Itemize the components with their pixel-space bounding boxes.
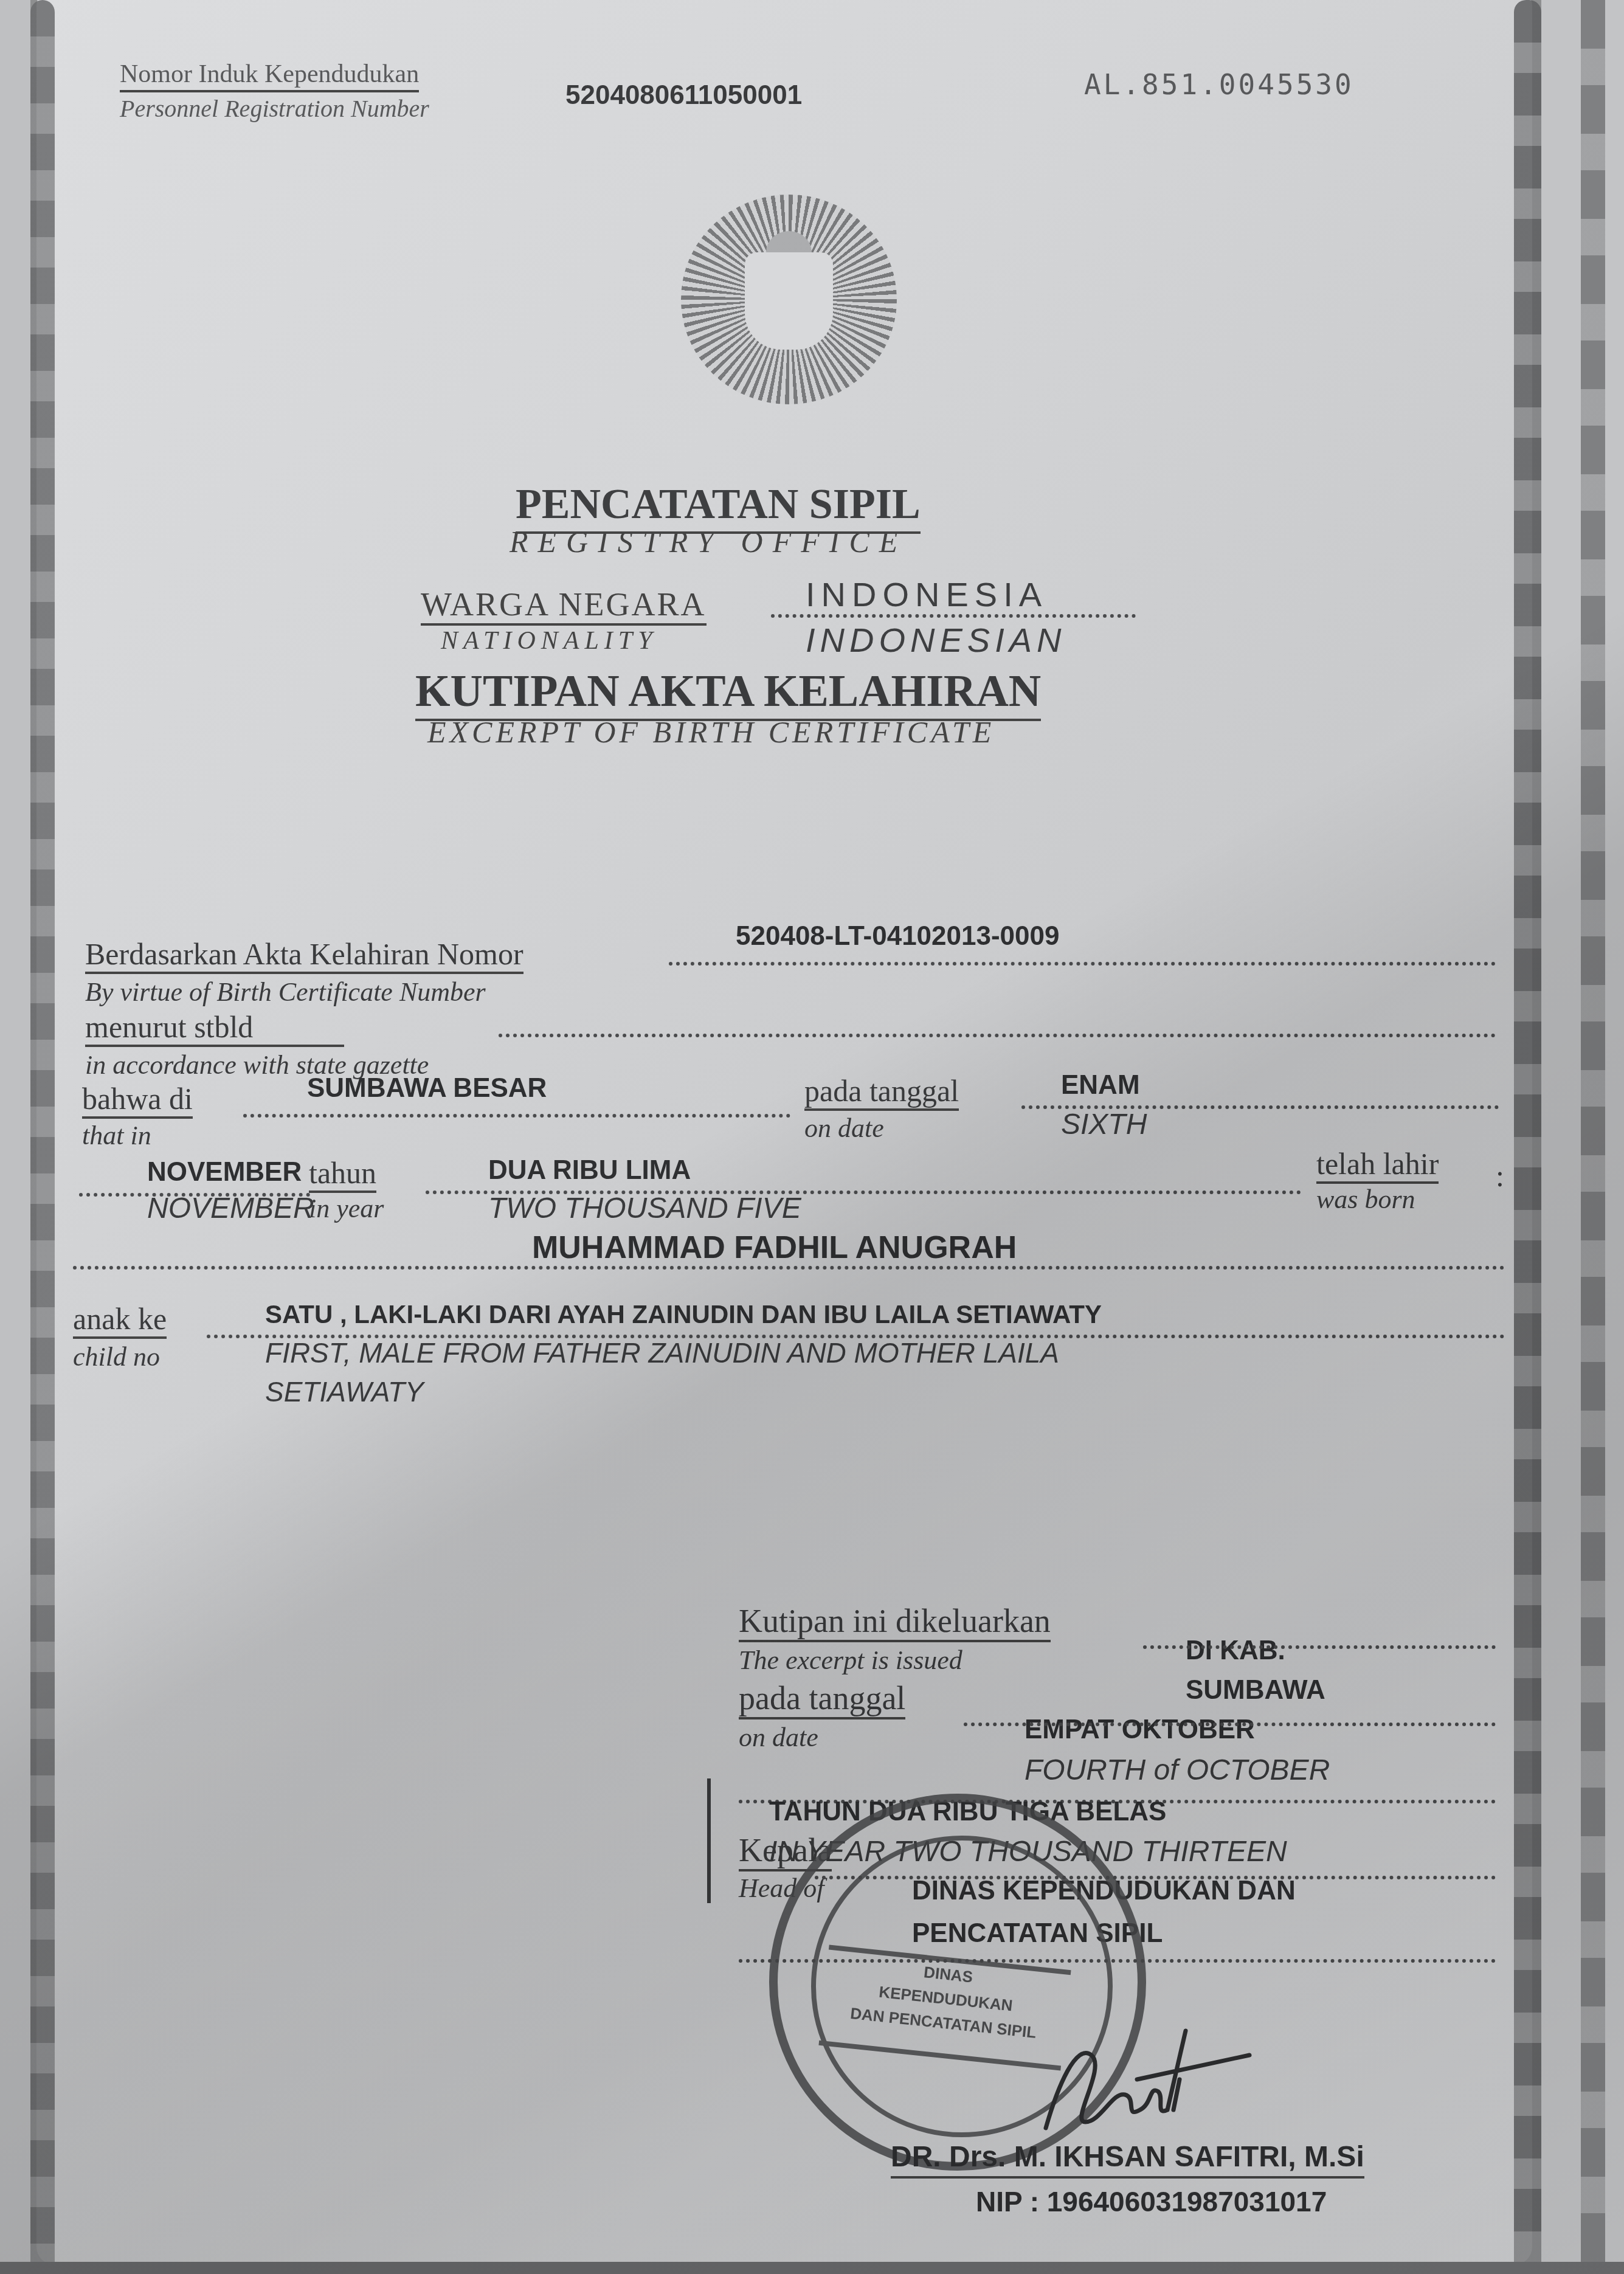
child-no-value-en-line2: SETIAWATY [265,1375,424,1408]
nationality-label-en: NATIONALITY [441,626,658,655]
signatory-nip: NIP : 196406031987031017 [976,2185,1327,2218]
child-no-label: anak ke [73,1301,167,1339]
place-label-en: that in [82,1120,151,1151]
born-label: telah lahir [1316,1146,1439,1184]
stbld-label: menurut stbld [85,1009,344,1047]
issued-label: Kutipan ini dikeluarkan [739,1602,1051,1642]
year-label-en: in year [309,1193,384,1224]
office-title-en: REGISTRY OFFICE [510,524,907,559]
born-label-en: was born [1316,1184,1415,1215]
birth-cert-label-en: By virtue of Birth Certificate Number [85,976,486,1007]
colon: : [1496,1158,1504,1194]
date-label-en: on date [804,1113,884,1144]
nik-value: 5204080611050001 [565,80,802,111]
signature-icon [1034,2019,1253,2140]
nationality-value-en: INDONESIAN [806,620,1066,660]
month-value-en: NOVEMBER [147,1192,314,1225]
nationality-value: INDONESIA [806,575,1048,614]
date-value-en: SIXTH [1061,1108,1147,1141]
ornamental-edge-right [1581,0,1605,2274]
nik-label: Nomor Induk Kependudukan [120,60,419,92]
issued-place-line1: DI KAB. [1186,1636,1285,1666]
month-value: NOVEMBER [147,1157,302,1187]
birth-cert-value: 520408-LT-04102013-0009 [736,921,1060,952]
child-name: MUHAMMAD FADHIL ANUGRAH [532,1229,1017,1266]
dotted-line [669,962,1496,966]
dotted-line [964,1723,1496,1726]
issued-date-label-en: on date [739,1722,818,1753]
serial-number: AL.851.0045530 [1084,68,1354,101]
year-value-en: TWO THOUSAND FIVE [488,1192,801,1225]
ornamental-border-left [30,0,55,2274]
issued-date-en: FOURTH of OCTOBER [1025,1754,1330,1787]
ornamental-border-right [1514,0,1541,2274]
nationality-label: WARGA NEGARA [421,586,707,626]
issued-place-line2: SUMBAWA [1186,1675,1325,1705]
year-label: tahun [309,1155,376,1193]
garuda-emblem-icon [681,195,897,404]
year-value: DUA RIBU LIMA [488,1155,691,1186]
bottom-edge [0,2262,1624,2274]
issued-date-label: pada tanggal [739,1679,905,1719]
birth-cert-label: Berdasarkan Akta Kelahiran Nomor [85,936,523,974]
dotted-line [1143,1645,1496,1649]
date-value: ENAM [1061,1070,1140,1101]
dotted-line [243,1114,790,1118]
document-title-en: EXCERPT OF BIRTH CERTIFICATE [427,714,995,750]
child-no-value-en-line1: FIRST, MALE FROM FATHER ZAINUDIN AND MOT… [265,1336,1059,1369]
pen-mark [707,1778,711,1903]
dotted-line [499,1034,1496,1037]
place-label: bahwa di [82,1081,193,1119]
emblem-shield [745,252,833,350]
signatory-name: DR. Drs. M. IKHSAN SAFITRI, M.Si [891,2140,1364,2179]
issued-date: EMPAT OKTOBER [1025,1715,1255,1745]
nik-label-en: Personnel Registration Number [120,94,429,123]
child-no-label-en: child no [73,1341,160,1372]
place-value: SUMBAWA BESAR [307,1073,547,1104]
document-title: KUTIPAN AKTA KELAHIRAN [415,666,1041,721]
dotted-line [771,614,1136,618]
date-label: pada tanggal [804,1073,959,1111]
dotted-line [73,1266,1505,1270]
background-left [0,0,30,2274]
issued-label-en: The excerpt is issued [739,1645,962,1676]
child-no-value: SATU , LAKI-LAKI DARI AYAH ZAINUDIN DAN … [265,1300,1102,1329]
